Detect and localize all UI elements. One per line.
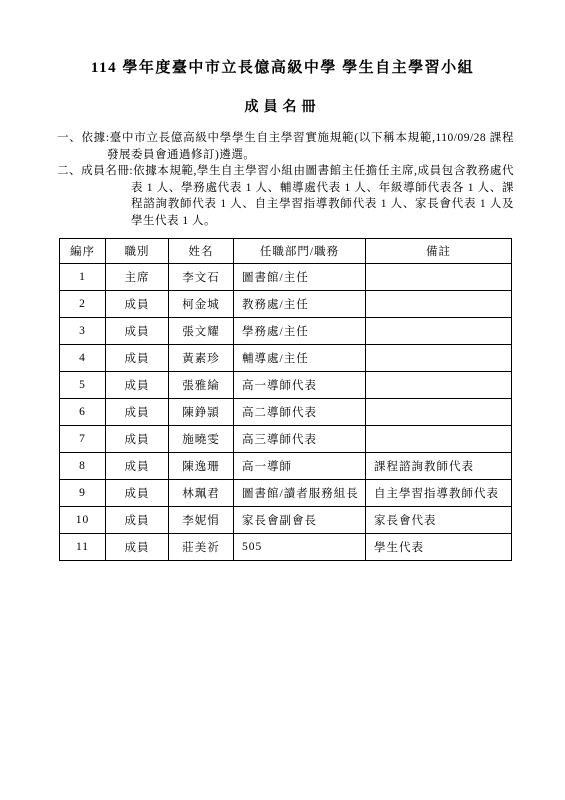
table-row: 4成員黃素珍輔導處/主任 [60,345,512,372]
table-row: 5成員張雅綸高一導師代表 [60,372,512,399]
table-cell: 成員 [106,534,169,561]
table-cell: 張文耀 [169,318,234,345]
table-cell: 成員 [106,453,169,480]
table-cell: 成員 [106,480,169,507]
document-page: 114 學年度臺中市立長億高級中學 學生自主學習小組 成員名冊 一、依據:臺中市… [0,0,565,800]
table-cell [366,291,512,318]
member-table-body: 1主席李文石圖書館/主任2成員柯金城教務處/主任3成員張文耀學務處/主任4成員黃… [60,264,512,561]
table-row: 1主席李文石圖書館/主任 [60,264,512,291]
table-cell: 7 [60,426,106,453]
table-cell: 成員 [106,318,169,345]
table-cell: 高一導師 [234,453,366,480]
table-cell: 柯金城 [169,291,234,318]
table-row: 10成員李妮悁家長會副會長家長會代表 [60,507,512,534]
document-title: 114 學年度臺中市立長億高級中學 學生自主學習小組 [0,0,565,77]
paragraph-roster-label: 二、成員名冊: [57,165,133,177]
table-cell: 1 [60,264,106,291]
column-header: 任職部門/職務 [234,239,366,264]
document-subtitle: 成員名冊 [0,96,565,116]
table-cell: 高二導師代表 [234,399,366,426]
table-cell: 課程諮詢教師代表 [366,453,512,480]
table-cell [366,264,512,291]
table-cell: 2 [60,291,106,318]
table-cell: 成員 [106,372,169,399]
table-cell: 成員 [106,345,169,372]
table-cell: 輔導處/主任 [234,345,366,372]
table-cell: 莊美祈 [169,534,234,561]
table-cell: 成員 [106,291,169,318]
table-cell: 教務處/主任 [234,291,366,318]
table-cell: 6 [60,399,106,426]
table-cell: 高一導師代表 [234,372,366,399]
table-cell [366,426,512,453]
table-row: 2成員柯金城教務處/主任 [60,291,512,318]
column-header: 編序 [60,239,106,264]
table-cell: 陳逸珊 [169,453,234,480]
table-cell [366,318,512,345]
table-cell: 家長會代表 [366,507,512,534]
table-row: 11成員莊美祈505學生代表 [60,534,512,561]
table-cell: 張雅綸 [169,372,234,399]
table-row: 9成員林珮君圖書館/讀者服務組長自主學習指導教師代表 [60,480,512,507]
column-header: 職別 [106,239,169,264]
table-cell: 505 [234,534,366,561]
table-cell [366,345,512,372]
column-header: 備註 [366,239,512,264]
table-cell: 高三導師代表 [234,426,366,453]
paragraph-block: 一、依據:臺中市立長億高級中學學生自主學習實施規範(以下稱本規範,110/09/… [57,130,514,229]
table-cell: 陳錚頴 [169,399,234,426]
table-cell: 圖書館/讀者服務組長 [234,480,366,507]
table-row: 3成員張文耀學務處/主任 [60,318,512,345]
table-cell: 自主學習指導教師代表 [366,480,512,507]
table-cell: 學生代表 [366,534,512,561]
table-row: 6成員陳錚頴高二導師代表 [60,399,512,426]
table-cell: 5 [60,372,106,399]
table-cell: 10 [60,507,106,534]
table-cell: 成員 [106,507,169,534]
table-row: 7成員施曉雯高三導師代表 [60,426,512,453]
table-cell: 8 [60,453,106,480]
table-cell: 李妮悁 [169,507,234,534]
table-cell: 11 [60,534,106,561]
table-cell: 3 [60,318,106,345]
table-cell: 林珮君 [169,480,234,507]
table-cell: 4 [60,345,106,372]
column-header: 姓名 [169,239,234,264]
table-cell: 成員 [106,399,169,426]
table-cell: 家長會副會長 [234,507,366,534]
table-cell: 黃素珍 [169,345,234,372]
paragraph-basis-label: 一、依據: [57,132,110,144]
table-header-row: 編序職別姓名任職部門/職務備註 [60,239,512,264]
table-cell: 主席 [106,264,169,291]
paragraph-roster-text: 依據本規範,學生自主學習小組由圖書館主任擔任主席,成員包含教務處代表 1 人、學… [131,165,514,227]
table-cell: 施曉雯 [169,426,234,453]
member-roster-table: 編序職別姓名任職部門/職務備註 1主席李文石圖書館/主任2成員柯金城教務處/主任… [59,238,512,561]
table-cell: 李文石 [169,264,234,291]
table-cell [366,372,512,399]
paragraph-basis: 一、依據:臺中市立長億高級中學學生自主學習實施規範(以下稱本規範,110/09/… [57,130,514,163]
table-cell: 學務處/主任 [234,318,366,345]
table-cell: 9 [60,480,106,507]
table-row: 8成員陳逸珊高一導師課程諮詢教師代表 [60,453,512,480]
paragraph-basis-text: 臺中市立長億高級中學學生自主學習實施規範(以下稱本規範,110/09/28 課程… [107,132,514,161]
paragraph-roster: 二、成員名冊:依據本規範,學生自主學習小組由圖書館主任擔任主席,成員包含教務處代… [57,163,514,229]
table-cell: 成員 [106,426,169,453]
table-cell: 圖書館/主任 [234,264,366,291]
table-cell [366,399,512,426]
